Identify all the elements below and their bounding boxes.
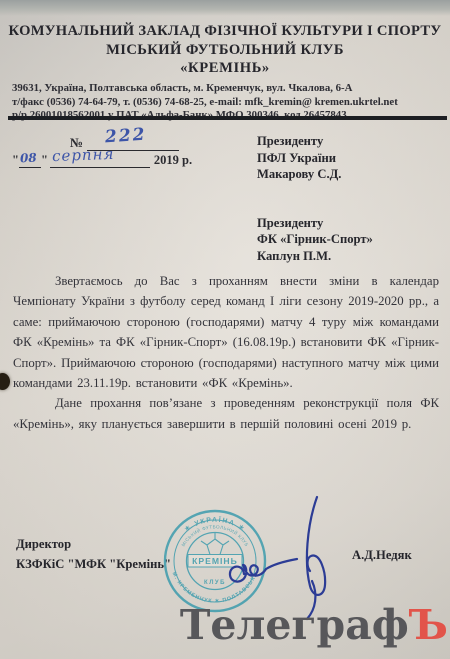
- handwritten-day: 08: [20, 151, 37, 166]
- body-paragraph-1: Звертаємось до Вас з проханням внести зм…: [13, 271, 439, 393]
- letterhead-divider-rule: [8, 116, 447, 120]
- organization-name-line2: МІСЬКИЙ ФУТБОЛЬНИЙ КЛУБ: [0, 41, 450, 59]
- date-row: "08"серпня2019 р.: [12, 152, 192, 168]
- stamp-bottom-word: КЛУБ: [204, 580, 226, 586]
- day-underline: 08: [19, 152, 41, 168]
- recipient-2-name: Каплун П.М.: [257, 248, 447, 265]
- recipient-1-organization: ПФЛ України: [257, 150, 447, 167]
- letterhead: КОМУНАЛЬНИЙ ЗАКЛАД ФІЗІЧНОЇ КУЛЬТУРИ І С…: [0, 22, 450, 77]
- postal-address: 39631, Україна, Полтавська область, м. К…: [12, 82, 442, 96]
- signer-name: А.Д.Недяк: [352, 548, 412, 563]
- recipient-gap: [257, 183, 447, 215]
- recipient-1: Президенту ПФЛ України Макарову С.Д.: [257, 133, 447, 183]
- signer-title: Директор: [16, 537, 71, 552]
- recipient-2-title: Президенту: [257, 215, 447, 232]
- body-paragraph-2: Дане прохання пов’язане з проведенням ре…: [13, 393, 439, 434]
- handwritten-month: серпня: [52, 145, 115, 165]
- recipients-block: Президенту ПФЛ України Макарову С.Д. Пре…: [257, 133, 447, 264]
- handwritten-outgoing-number: 222: [104, 125, 147, 148]
- watermark-text-red: Ъ: [409, 601, 448, 649]
- watermark-text-gray: Телеграф: [180, 601, 409, 649]
- recipient-1-name: Макарову С.Д.: [257, 166, 447, 183]
- phone-email-line: т/факс (0536) 74-64-79, т. (0536) 74-68-…: [12, 96, 442, 110]
- recipient-1-title: Президенту: [257, 133, 447, 150]
- paper-hole-dot: [0, 373, 10, 390]
- close-quote: ": [41, 153, 48, 167]
- document-photo: КОМУНАЛЬНИЙ ЗАКЛАД ФІЗІЧНОЇ КУЛЬТУРИ І С…: [0, 0, 450, 659]
- organization-name-line1: КОМУНАЛЬНИЙ ЗАКЛАД ФІЗІЧНОЇ КУЛЬТУРИ І С…: [0, 22, 450, 41]
- recipient-2-organization: ФК «Гірник-Спорт»: [257, 231, 447, 248]
- open-quote: ": [12, 153, 19, 167]
- letter-body: Звертаємось до Вас з проханням внести зм…: [13, 271, 439, 434]
- printed-year: 2019 р.: [154, 153, 192, 167]
- photo-top-shadow: [0, 0, 450, 16]
- club-round-stamp: ✶ УКРАЇНА ✶ М. КРЕМЕНЧУК ✶ ПОЛТАВСЬКА МІ…: [165, 511, 265, 611]
- club-name: «КРЕМІНЬ»: [0, 59, 450, 77]
- recipient-2: Президенту ФК «Гірник-Спорт» Каплун П.М.: [257, 215, 447, 265]
- stamp-center-text: КРЕМІНЬ: [192, 556, 238, 566]
- telegraf-watermark: ТелеграфЪ: [180, 601, 448, 649]
- month-underline: серпня: [50, 152, 150, 168]
